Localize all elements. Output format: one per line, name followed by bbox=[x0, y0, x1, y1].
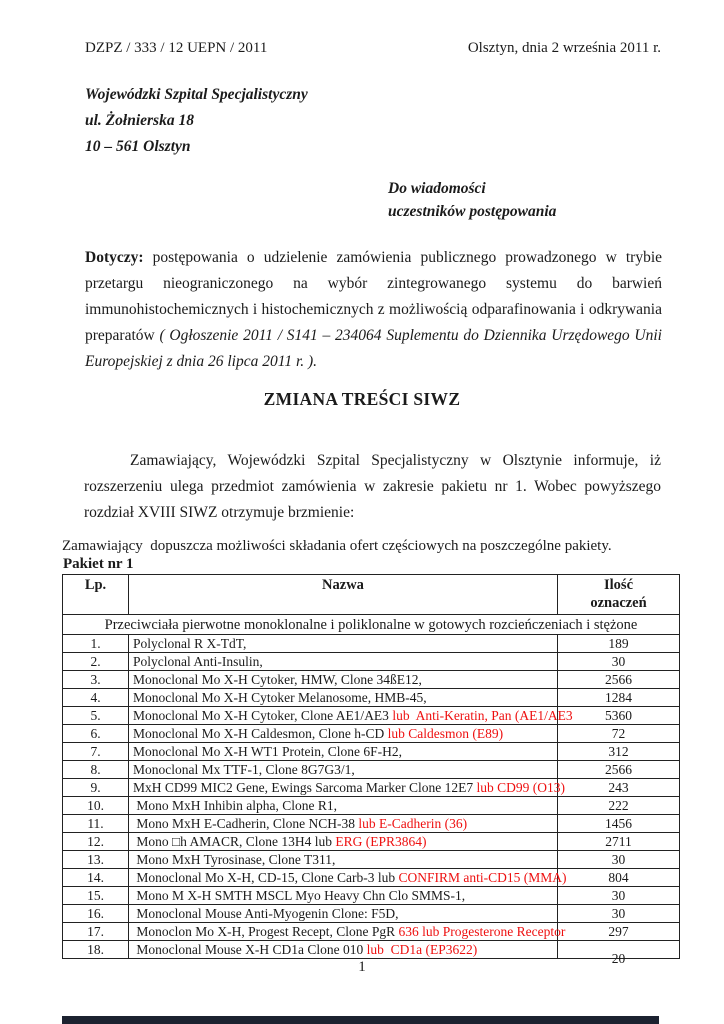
row-qty: 297 bbox=[558, 923, 680, 941]
row-name: Mono M X-H SMTH MSCL Myo Heavy Chn Clo S… bbox=[129, 887, 558, 905]
row-lp: 13. bbox=[63, 851, 129, 869]
body-paragraph: Zamawiający, Wojewódzki Szpital Specjali… bbox=[84, 448, 661, 526]
row-name: Monoclonal Mouse X-H CD1a Clone 010 lub … bbox=[129, 941, 558, 959]
row-qty: 243 bbox=[558, 779, 680, 797]
table-row: 18. Monoclonal Mouse X-H CD1a Clone 010 … bbox=[63, 941, 680, 959]
row-qty: 30 bbox=[558, 887, 680, 905]
row-name: Monoclonal Mouse Anti-Myogenin Clone: F5… bbox=[129, 905, 558, 923]
row-qty: 2566 bbox=[558, 671, 680, 689]
row-lp: 4. bbox=[63, 689, 129, 707]
row-name: Monoclonal Mo X-H Cytoker Melanosome, HM… bbox=[129, 689, 558, 707]
row-lp: 7. bbox=[63, 743, 129, 761]
header-reference-number: DZPZ / 333 / 12 UEPN / 2011 bbox=[85, 40, 267, 57]
row-name: Monoclonal Mo X-H WT1 Protein, Clone 6F-… bbox=[129, 743, 558, 761]
row-name: Mono □h AMACR, Clone 13H4 lub ERG (EPR38… bbox=[129, 833, 558, 851]
row-name: Mono MxH E-Cadherin, Clone NCH-38 lub E-… bbox=[129, 815, 558, 833]
table-row: 2.Polyclonal Anti-Insulin,30 bbox=[63, 653, 680, 671]
table-row: 14. Monoclonal Mo X-H, CD-15, Clone Carb… bbox=[63, 869, 680, 887]
column-header-lp: Lp. bbox=[63, 575, 129, 615]
row-name: Polyclonal Anti-Insulin, bbox=[129, 653, 558, 671]
partial-offers-line: Zamawiający dopuszcza możliwości składan… bbox=[62, 538, 662, 555]
row-name: Monoclonal Mo X-H Caldesmon, Clone h-CD … bbox=[129, 725, 558, 743]
sender-street: ul. Żołnierska 18 bbox=[85, 108, 308, 134]
table-row: 10. Mono MxH Inhibin alpha, Clone R1,222 bbox=[63, 797, 680, 815]
page-number: 1 bbox=[0, 959, 724, 976]
table-row: 12. Mono □h AMACR, Clone 13H4 lub ERG (E… bbox=[63, 833, 680, 851]
row-name: Monoclonal Mo X-H Cytoker, Clone AE1/AE3… bbox=[129, 707, 558, 725]
table-row: 13. Mono MxH Tyrosinase, Clone T311,30 bbox=[63, 851, 680, 869]
notice-line-1: Do wiadomości bbox=[388, 177, 556, 200]
row-qty: 30 bbox=[558, 851, 680, 869]
dotyczy-label: Dotyczy: bbox=[85, 249, 144, 266]
row-qty: 1456 bbox=[558, 815, 680, 833]
row-lp: 15. bbox=[63, 887, 129, 905]
row-qty: 804 bbox=[558, 869, 680, 887]
table-header-row: Lp. Nazwa Ilość oznaczeń bbox=[63, 575, 680, 615]
row-name: Mono MxH Inhibin alpha, Clone R1, bbox=[129, 797, 558, 815]
row-lp: 18. bbox=[63, 941, 129, 959]
header-place-date: Olsztyn, dnia 2 września 2011 r. bbox=[468, 40, 661, 57]
table-row: 9.MxH CD99 MIC2 Gene, Ewings Sarcoma Mar… bbox=[63, 779, 680, 797]
row-qty: 222 bbox=[558, 797, 680, 815]
row-qty: 30 bbox=[558, 905, 680, 923]
table-row: 6.Monoclonal Mo X-H Caldesmon, Clone h-C… bbox=[63, 725, 680, 743]
sender-address-block: Wojewódzki Szpital Specjalistyczny ul. Ż… bbox=[85, 82, 308, 160]
row-name: Monoclon Mo X-H, Progest Recept, Clone P… bbox=[129, 923, 558, 941]
row-qty: 30 bbox=[558, 653, 680, 671]
table-row: 11. Mono MxH E-Cadherin, Clone NCH-38 lu… bbox=[63, 815, 680, 833]
row-lp: 3. bbox=[63, 671, 129, 689]
row-qty: 1284 bbox=[558, 689, 680, 707]
document-page: DZPZ / 333 / 12 UEPN / 2011 Olsztyn, dni… bbox=[0, 0, 724, 1024]
row-lp: 1. bbox=[63, 635, 129, 653]
sender-city: 10 – 561 Olsztyn bbox=[85, 134, 308, 160]
row-name: MxH CD99 MIC2 Gene, Ewings Sarcoma Marke… bbox=[129, 779, 558, 797]
row-qty: 20 bbox=[558, 941, 680, 959]
row-lp: 9. bbox=[63, 779, 129, 797]
change-title: ZMIANA TREŚCI SIWZ bbox=[0, 389, 724, 410]
column-header-ilosc: Ilość oznaczeń bbox=[558, 575, 680, 615]
dotyczy-reference: ( Ogłoszenie 2011 / S141 – 234064 Suplem… bbox=[85, 327, 662, 370]
row-lp: 5. bbox=[63, 707, 129, 725]
row-name: Monoclonal Mx TTF-1, Clone 8G7G3/1, bbox=[129, 761, 558, 779]
table-row: 4.Monoclonal Mo X-H Cytoker Melanosome, … bbox=[63, 689, 680, 707]
column-header-nazwa: Nazwa bbox=[129, 575, 558, 615]
row-lp: 6. bbox=[63, 725, 129, 743]
row-qty: 189 bbox=[558, 635, 680, 653]
row-name: Monoclonal Mo X-H, CD-15, Clone Carb-3 l… bbox=[129, 869, 558, 887]
notice-line-2: uczestników postępowania bbox=[388, 200, 556, 223]
recipients-notice: Do wiadomości uczestników postępowania bbox=[388, 177, 556, 223]
row-lp: 12. bbox=[63, 833, 129, 851]
table-row: 17. Monoclon Mo X-H, Progest Recept, Clo… bbox=[63, 923, 680, 941]
sender-name: Wojewódzki Szpital Specjalistyczny bbox=[85, 82, 308, 108]
row-lp: 14. bbox=[63, 869, 129, 887]
row-lp: 16. bbox=[63, 905, 129, 923]
table-row: 1.Polyclonal R X-TdT,189 bbox=[63, 635, 680, 653]
row-lp: 11. bbox=[63, 815, 129, 833]
category-row-label: Przeciwciała pierwotne monoklonalne i po… bbox=[63, 615, 680, 635]
row-name: Mono MxH Tyrosinase, Clone T311, bbox=[129, 851, 558, 869]
document-header: DZPZ / 333 / 12 UEPN / 2011 Olsztyn, dni… bbox=[85, 40, 661, 57]
package-table: Lp. Nazwa Ilość oznaczeń Przeciwciała pi… bbox=[62, 574, 680, 959]
row-qty: 2566 bbox=[558, 761, 680, 779]
row-lp: 10. bbox=[63, 797, 129, 815]
bottom-bar bbox=[62, 1016, 659, 1024]
row-lp: 17. bbox=[63, 923, 129, 941]
row-name: Monoclonal Mo X-H Cytoker, HMW, Clone 34… bbox=[129, 671, 558, 689]
row-qty: 312 bbox=[558, 743, 680, 761]
pakiet-label: Pakiet nr 1 bbox=[63, 556, 134, 573]
dotyczy-paragraph: Dotyczy: postępowania o udzielenie zamów… bbox=[85, 245, 662, 375]
table-row: 15. Mono M X-H SMTH MSCL Myo Heavy Chn C… bbox=[63, 887, 680, 905]
table-row: 8.Monoclonal Mx TTF-1, Clone 8G7G3/1,256… bbox=[63, 761, 680, 779]
table-row: 5.Monoclonal Mo X-H Cytoker, Clone AE1/A… bbox=[63, 707, 680, 725]
row-lp: 2. bbox=[63, 653, 129, 671]
table-row: 16. Monoclonal Mouse Anti-Myogenin Clone… bbox=[63, 905, 680, 923]
row-qty: 2711 bbox=[558, 833, 680, 851]
row-lp: 8. bbox=[63, 761, 129, 779]
table-row: 7.Monoclonal Mo X-H WT1 Protein, Clone 6… bbox=[63, 743, 680, 761]
row-qty: 72 bbox=[558, 725, 680, 743]
row-name: Polyclonal R X-TdT, bbox=[129, 635, 558, 653]
category-row: Przeciwciała pierwotne monoklonalne i po… bbox=[63, 615, 680, 635]
table-row: 3.Monoclonal Mo X-H Cytoker, HMW, Clone … bbox=[63, 671, 680, 689]
row-qty: 5360 bbox=[558, 707, 680, 725]
